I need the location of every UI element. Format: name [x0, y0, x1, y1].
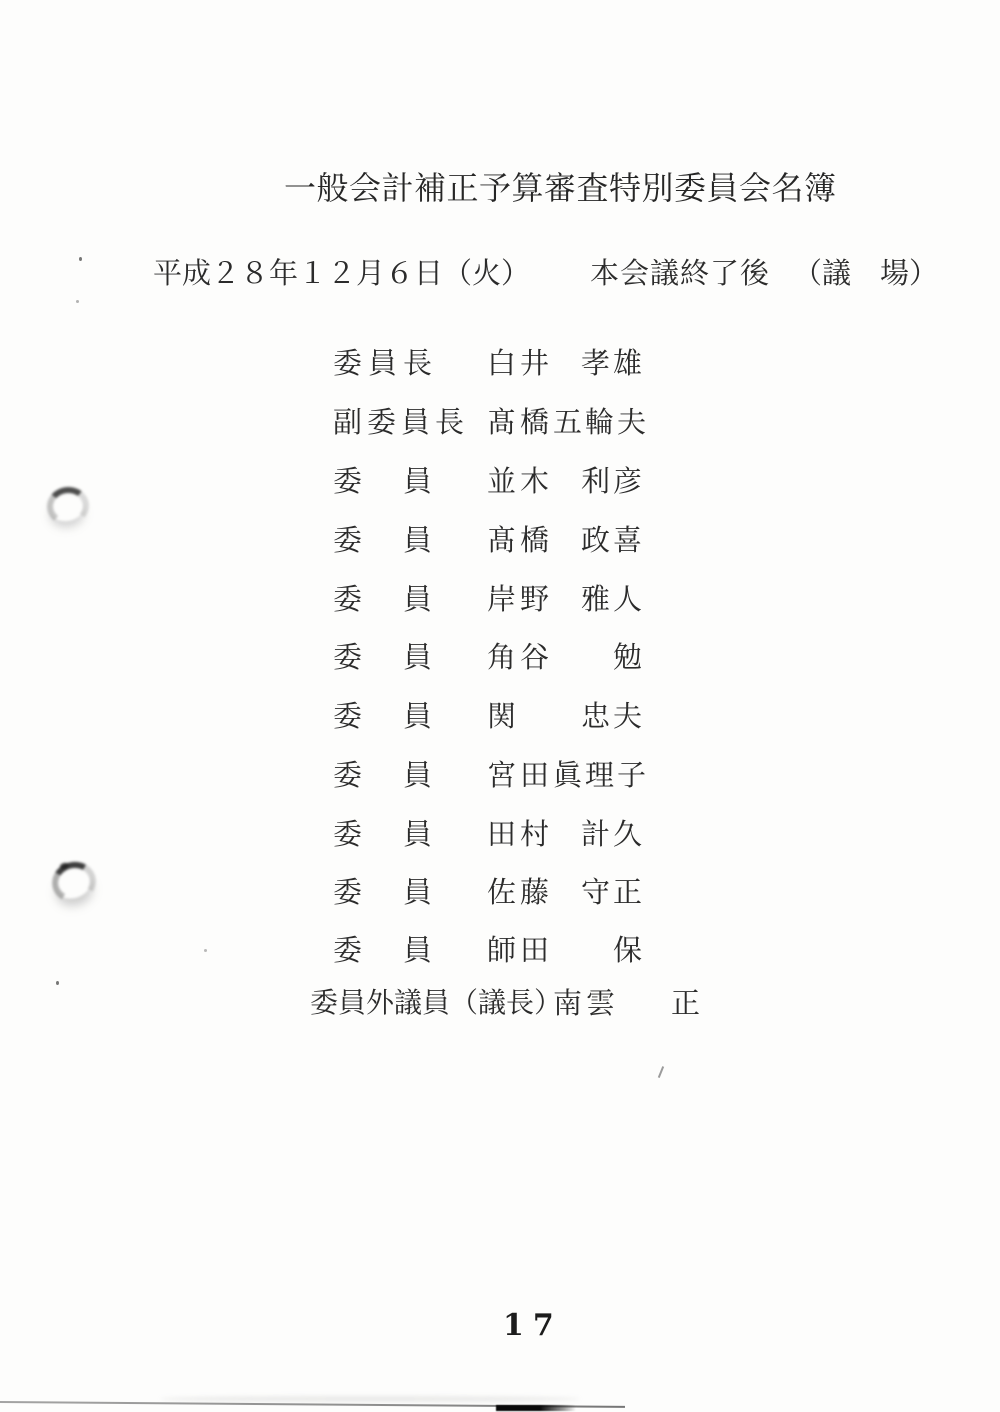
- member-name: 並木 利彦: [487, 459, 645, 500]
- member-given-name: 孝雄: [581, 341, 645, 382]
- member-family-name: 佐藤: [487, 870, 553, 911]
- member-name: 髙橋 五輪夫: [487, 400, 645, 441]
- member-role: 委員: [333, 694, 473, 735]
- member-role: 委員: [333, 753, 473, 794]
- scanned-document-page: 一般会計補正予算審査特別委員会名簿 平成２８年１２月６日（火） 本会議終了後 （…: [0, 0, 1000, 1412]
- scan-edge-streak: [496, 1405, 576, 1411]
- page-number: 17: [503, 1308, 563, 1343]
- member-role: 委員: [333, 635, 473, 676]
- member-given-name: 正: [671, 981, 703, 1022]
- member-family-name: 南雲: [553, 981, 619, 1022]
- member-row: 委員 岸野 雅人: [0, 577, 1000, 613]
- member-family-name: 田村: [487, 812, 553, 853]
- member-name: 関 忠夫: [487, 694, 645, 735]
- member-role: 委員: [333, 870, 473, 911]
- member-row: 委員 佐藤 守正: [0, 870, 1000, 906]
- member-row: 委員 田村 計久: [0, 812, 1000, 848]
- scan-speck: [56, 981, 59, 985]
- member-family-name: 角谷: [487, 635, 553, 676]
- member-role: 副委員長: [333, 400, 469, 441]
- member-given-name: 守正: [581, 870, 645, 911]
- member-name: 田村 計久: [487, 812, 645, 853]
- member-name: 白井 孝雄: [487, 341, 645, 382]
- member-role: 委員: [333, 577, 473, 618]
- member-given-name: 五輪夫: [553, 400, 649, 441]
- member-name: 髙橋 政喜: [487, 518, 645, 559]
- member-role: 委員: [333, 928, 473, 969]
- member-row: 委員長 白井 孝雄: [0, 341, 1000, 377]
- member-row: 委員 関 忠夫: [0, 694, 1000, 730]
- scan-speck: [76, 300, 79, 303]
- member-row: 委員 髙橋 政喜: [0, 518, 1000, 554]
- member-given-name: 政喜: [581, 518, 645, 559]
- member-list: 委員長 白井 孝雄 副委員長 髙橋 五輪夫 委員 並木 利彦 委員 髙橋: [0, 0, 1000, 1412]
- member-name: 岸野 雅人: [487, 577, 645, 618]
- member-given-name: 計久: [581, 812, 645, 853]
- member-given-name: 眞理子: [553, 753, 649, 794]
- member-given-name: 保: [613, 928, 645, 969]
- member-family-name: 関: [487, 694, 520, 735]
- member-family-name: 師田: [487, 928, 553, 969]
- member-row: 委員 角谷 勉: [0, 635, 1000, 671]
- member-name: 佐藤 守正: [487, 870, 645, 911]
- member-row: 委員 師田 保: [0, 928, 1000, 964]
- scan-smudge: [160, 1396, 580, 1402]
- member-name: 南雲 正: [553, 981, 703, 1022]
- member-family-name: 岸野: [487, 577, 553, 618]
- member-name: 宮田 眞理子: [487, 753, 645, 794]
- member-given-name: 忠夫: [581, 694, 645, 735]
- member-family-name: 宮田: [487, 753, 553, 794]
- member-family-name: 髙橋: [487, 518, 553, 559]
- scan-speck: [204, 949, 207, 952]
- member-family-name: 白井: [487, 341, 553, 382]
- member-given-name: 利彦: [581, 459, 645, 500]
- member-family-name: 髙橋: [487, 400, 553, 441]
- member-name: 師田 保: [487, 928, 645, 969]
- member-role: 委員外議員（議長）: [310, 981, 562, 1021]
- scan-speck: [79, 257, 82, 261]
- member-role: 委員: [333, 459, 473, 500]
- member-family-name: 並木: [487, 459, 553, 500]
- member-role: 委員: [333, 518, 473, 559]
- member-given-name: 雅人: [581, 577, 645, 618]
- member-row: 委員外議員（議長） 南雲 正: [0, 981, 1000, 1017]
- member-name: 角谷 勉: [487, 635, 645, 676]
- member-given-name: 勉: [613, 635, 645, 676]
- member-row: 副委員長 髙橋 五輪夫: [0, 400, 1000, 436]
- member-role: 委員: [333, 812, 473, 853]
- member-row: 委員 宮田 眞理子: [0, 753, 1000, 789]
- member-role: 委員長: [333, 341, 438, 382]
- member-row: 委員 並木 利彦: [0, 459, 1000, 495]
